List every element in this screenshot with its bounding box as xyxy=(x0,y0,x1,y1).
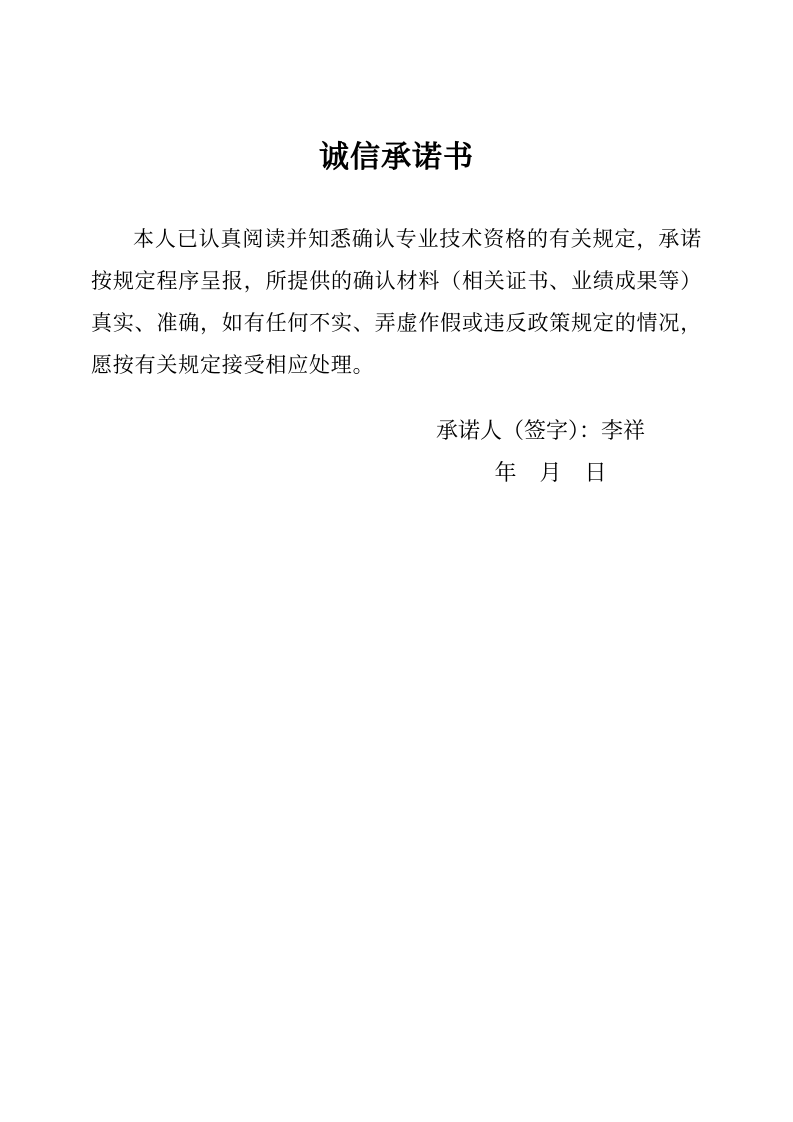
paragraph-line-1: 本人已认真阅读并知悉确认专业技术资格的有关规定，承诺 xyxy=(91,218,702,260)
page-title: 诚信承诺书 xyxy=(0,0,793,176)
pledge-paragraph: 本人已认真阅读并知悉确认专业技术资格的有关规定，承诺 按规定程序呈报，所提供的确… xyxy=(91,218,702,386)
paragraph-line-4: 愿按有关规定接受相应处理。 xyxy=(91,344,702,386)
document-page: 诚信承诺书 本人已认真阅读并知悉确认专业技术资格的有关规定，承诺 按规定程序呈报… xyxy=(0,0,793,1122)
date-line: 年 月 日 xyxy=(0,452,793,494)
paragraph-line-2: 按规定程序呈报，所提供的确认材料（相关证书、业绩成果等） xyxy=(91,260,702,302)
signer-line: 承诺人（签字）：李祥 xyxy=(0,410,793,452)
paragraph-line-3: 真实、准确，如有任何不实、弄虚作假或违反政策规定的情况， xyxy=(91,302,702,344)
